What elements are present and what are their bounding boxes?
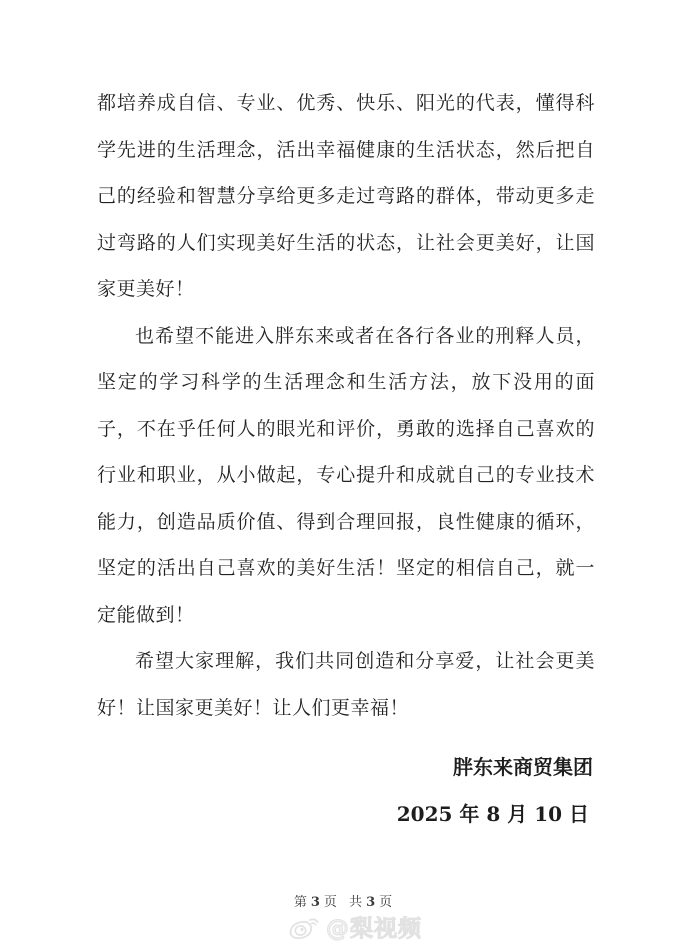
watermark-text: @梨视频 <box>326 910 422 943</box>
paragraph-3: 希望大家理解，我们共同创造和分享爱，让社会更美好！让国家更美好！让人们更幸福！ <box>97 638 595 731</box>
footer-label-mid: 页 共 <box>324 895 366 910</box>
weibo-logo-icon <box>288 912 322 942</box>
footer-total-pages: 3 <box>366 895 379 910</box>
letter-body: 都培养成自信、专业、优秀、快乐、阳光的代表，懂得科学先进的生活理念，活出幸福健康… <box>97 80 595 837</box>
signature-company-name: 胖东来商贸集团 <box>97 744 593 791</box>
document-page: 都培养成自信、专业、优秀、快乐、阳光的代表，懂得科学先进的生活理念，活出幸福健康… <box>0 0 690 950</box>
footer-label-suffix: 页 <box>379 895 396 910</box>
signature-date: 2025 年 8 月 10 日 <box>97 791 593 838</box>
footer-current-page: 3 <box>311 895 324 910</box>
page-footer: 第3页 共3页 <box>0 891 690 910</box>
paragraph-2: 也希望不能进入胖东来或者在各行各业的刑释人员，坚定的学习科学的生活理念和生活方法… <box>97 313 595 639</box>
watermark: @梨视频 <box>288 910 422 943</box>
footer-label-prefix: 第 <box>294 895 311 910</box>
signature-block: 胖东来商贸集团 2025 年 8 月 10 日 <box>97 744 595 837</box>
paragraph-1: 都培养成自信、专业、优秀、快乐、阳光的代表，懂得科学先进的生活理念，活出幸福健康… <box>97 80 595 313</box>
